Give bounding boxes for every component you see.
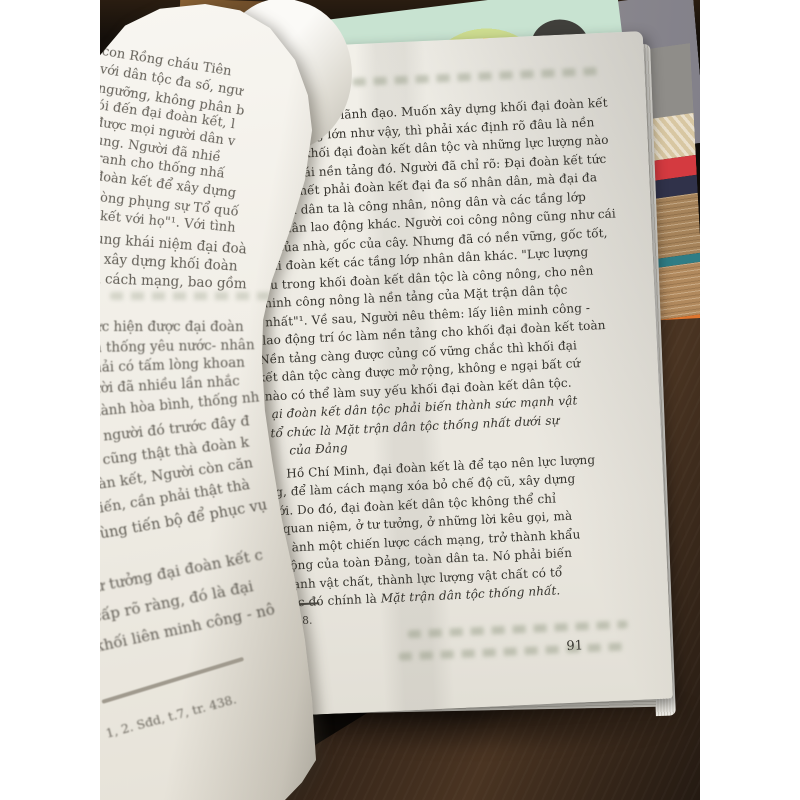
- page-number: 91: [566, 638, 583, 654]
- show-through-text: [352, 67, 602, 86]
- text-line-fragment: ực hiện được đại đoàn: [100, 319, 244, 335]
- footnote: 1, 2. Sđd, t.7, tr. 438.: [104, 691, 238, 740]
- text-line-fragment: hải có tấm lòng khoan: [100, 355, 245, 376]
- show-through-text: [110, 292, 280, 300]
- text-line-fragment: n cách mạng, bao gồm: [100, 271, 247, 292]
- book-photo: cấp công nhân lãnh đạo. Muốn xây dựng kh…: [100, 0, 700, 800]
- text-line-fragment: n thống yêu nước- nhân: [100, 337, 255, 356]
- show-through-text: [408, 620, 628, 638]
- left-page-surface: 1, 2. Sđd, t.7, tr. 438. con Rồng cháu T…: [100, 0, 330, 800]
- left-page: 1, 2. Sđd, t.7, tr. 438. con Rồng cháu T…: [100, 0, 330, 800]
- show-through-text: [399, 642, 629, 660]
